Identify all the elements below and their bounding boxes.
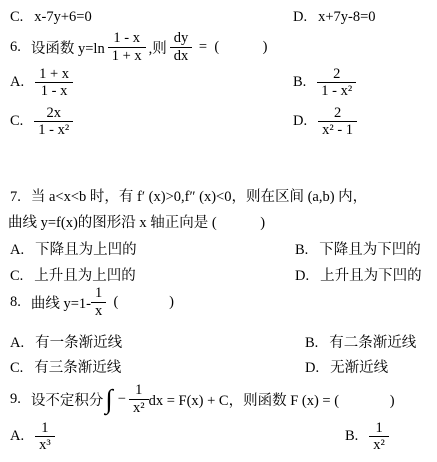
fraction-denominator: x² - 1 [318, 122, 357, 138]
fraction: 2x 1 - x² [34, 105, 73, 138]
fraction: 2 1 - x² [317, 66, 356, 99]
option-text: 有二条渐近线 [329, 335, 416, 351]
question-text: 设不定积分 [31, 389, 104, 410]
option-label: D. [295, 268, 309, 284]
fraction-denominator: x² [369, 437, 389, 453]
question-number: 7. [10, 189, 21, 205]
question-9-stem: 9. 设不定积分 ∫ − 1 x² dx = F(x) + C，则函数 F (x… [10, 378, 395, 420]
fraction-numerator: 1 - x [108, 30, 146, 47]
option-d: D.x+7y-8=0 [293, 9, 376, 26]
question-8-options-row-2: C.有三条渐近线 D.无渐近线 [10, 356, 121, 377]
answer-blank: = ( ) [195, 39, 267, 56]
option-label: D. [293, 113, 307, 130]
fraction-denominator: 1 - x [35, 83, 73, 99]
option-b: B. 2 1 - x² [293, 66, 356, 99]
option-a: A. 1 x³ [10, 420, 55, 453]
answer-blank: ( ) [106, 294, 174, 311]
question-6-options-row-1: A. 1 + x 1 - x B. 2 1 - x² [10, 66, 73, 99]
fraction-denominator: x [91, 303, 106, 319]
prev-question-options-row: C.x-7y+6=0 D.x+7y-8=0 [10, 9, 92, 26]
option-text: 下降且为下凹的 [319, 242, 421, 258]
fraction: 1 x³ [35, 420, 55, 453]
question-text: 当 a<x<b 时，有 f′ (x)>0,f″ (x)<0，则在区间 (a,b)… [31, 189, 367, 205]
question-8-stem: 8. 曲线 y=1- 1 x ( ) [10, 284, 174, 320]
option-text: 无渐近线 [330, 360, 388, 376]
fraction-denominator: 1 - x² [317, 83, 356, 99]
question-number: 6. [10, 39, 21, 56]
option-label: B. [345, 428, 358, 445]
fraction-numerator: 1 [35, 420, 55, 437]
option-text: 上升且为上凹的 [34, 268, 136, 284]
question-text-and-blank: dx = F(x) + C，则函数 F (x) = ( ) [149, 389, 395, 410]
option-equation: x-7y+6=0 [34, 9, 91, 25]
fraction: 1 x² [129, 382, 149, 415]
question-text: ,则 [149, 37, 167, 58]
option-label: A. [10, 74, 24, 91]
option-c: C.x-7y+6=0 [10, 9, 92, 25]
question-text: 曲线 y=1- [31, 292, 91, 313]
fraction-numerator: dy [170, 30, 193, 47]
minus-sign: − [118, 391, 126, 408]
option-equation: x+7y-8=0 [318, 9, 375, 25]
option-c: C. 2x 1 - x² [10, 105, 73, 138]
option-d: D.上升且为下凹的 [295, 264, 422, 285]
fraction-numerator: 1 [369, 420, 389, 437]
option-label: A. [10, 242, 24, 258]
question-7-stem-line-2: 曲线 y=f(x)的图形沿 x 轴正向是 ( ) [8, 211, 265, 232]
integral-sign: ∫ [105, 386, 112, 413]
fraction: 1 x² [369, 420, 389, 453]
question-7-options-row-1: A.下降且为上凹的 B.下降且为下凹的 [10, 238, 137, 259]
question-text: 曲线 y=f(x)的图形沿 x 轴正向是 ( ) [8, 215, 265, 231]
option-text: 有三条渐近线 [34, 360, 121, 376]
option-label: A. [10, 335, 24, 351]
option-d: D.无渐近线 [305, 356, 388, 377]
question-6-stem: 6. 设函数 y=ln 1 - x 1 + x ,则 dy dx = ( ) [10, 27, 268, 67]
option-a: A.下降且为上凹的 [10, 242, 137, 258]
fraction-numerator: 1 + x [35, 66, 73, 83]
fraction-numerator: 2 [318, 105, 357, 122]
option-label: B. [305, 335, 318, 351]
question-number: 8. [10, 294, 21, 311]
option-text: 有一条渐近线 [35, 335, 122, 351]
option-text: 上升且为下凹的 [320, 268, 422, 284]
fraction-denominator: x² [129, 400, 149, 416]
fraction-denominator: 1 - x² [34, 122, 73, 138]
option-label: C. [10, 360, 23, 376]
question-8-options-row-1: A.有一条渐近线 B.有二条渐近线 [10, 331, 122, 352]
fraction: 1 x [91, 285, 106, 318]
fraction-numerator: 1 [129, 382, 149, 399]
option-label: C. [10, 268, 23, 284]
fraction-denominator: x³ [35, 437, 55, 453]
fraction-numerator: 2 [317, 66, 356, 83]
option-c: C.上升且为上凹的 [10, 268, 136, 284]
option-label: A. [10, 428, 24, 445]
fraction: 1 + x 1 - x [35, 66, 73, 99]
question-number: 9. [10, 391, 21, 408]
option-label: C. [10, 113, 23, 130]
fraction: 2 x² - 1 [318, 105, 357, 138]
fraction-denominator: dx [170, 48, 193, 64]
option-b: B.有二条渐近线 [305, 331, 416, 352]
fraction-numerator: 2x [34, 105, 73, 122]
option-a: A.有一条渐近线 [10, 335, 122, 351]
derivative-fraction: dy dx [170, 30, 193, 63]
option-text: 下降且为上凹的 [35, 242, 137, 258]
option-b: B.下降且为下凹的 [295, 238, 421, 259]
exam-page: C.x-7y+6=0 D.x+7y-8=0 6. 设函数 y=ln 1 - x … [0, 0, 437, 462]
question-9-options-row-1: A. 1 x³ B. 1 x² [10, 420, 55, 453]
option-c: C.有三条渐近线 [10, 360, 121, 376]
option-b: B. 1 x² [345, 420, 389, 453]
option-label: D. [293, 9, 307, 25]
option-a: A. 1 + x 1 - x [10, 66, 73, 99]
fraction-denominator: 1 + x [108, 48, 146, 64]
option-d: D. 2 x² - 1 [293, 105, 357, 138]
option-label: B. [295, 242, 308, 258]
fraction: 1 - x 1 + x [108, 30, 146, 63]
question-7-options-row-2: C.上升且为上凹的 D.上升且为下凹的 [10, 264, 136, 285]
option-label: D. [305, 360, 319, 376]
question-6-options-row-2: C. 2x 1 - x² D. 2 x² - 1 [10, 105, 73, 138]
question-text: 设函数 y=ln [31, 37, 105, 58]
fraction-numerator: 1 [91, 285, 106, 302]
question-7-stem-line-1: 7.当 a<x<b 时，有 f′ (x)>0,f″ (x)<0，则在区间 (a,… [10, 185, 367, 206]
option-label: C. [10, 9, 23, 25]
option-label: B. [293, 74, 306, 91]
